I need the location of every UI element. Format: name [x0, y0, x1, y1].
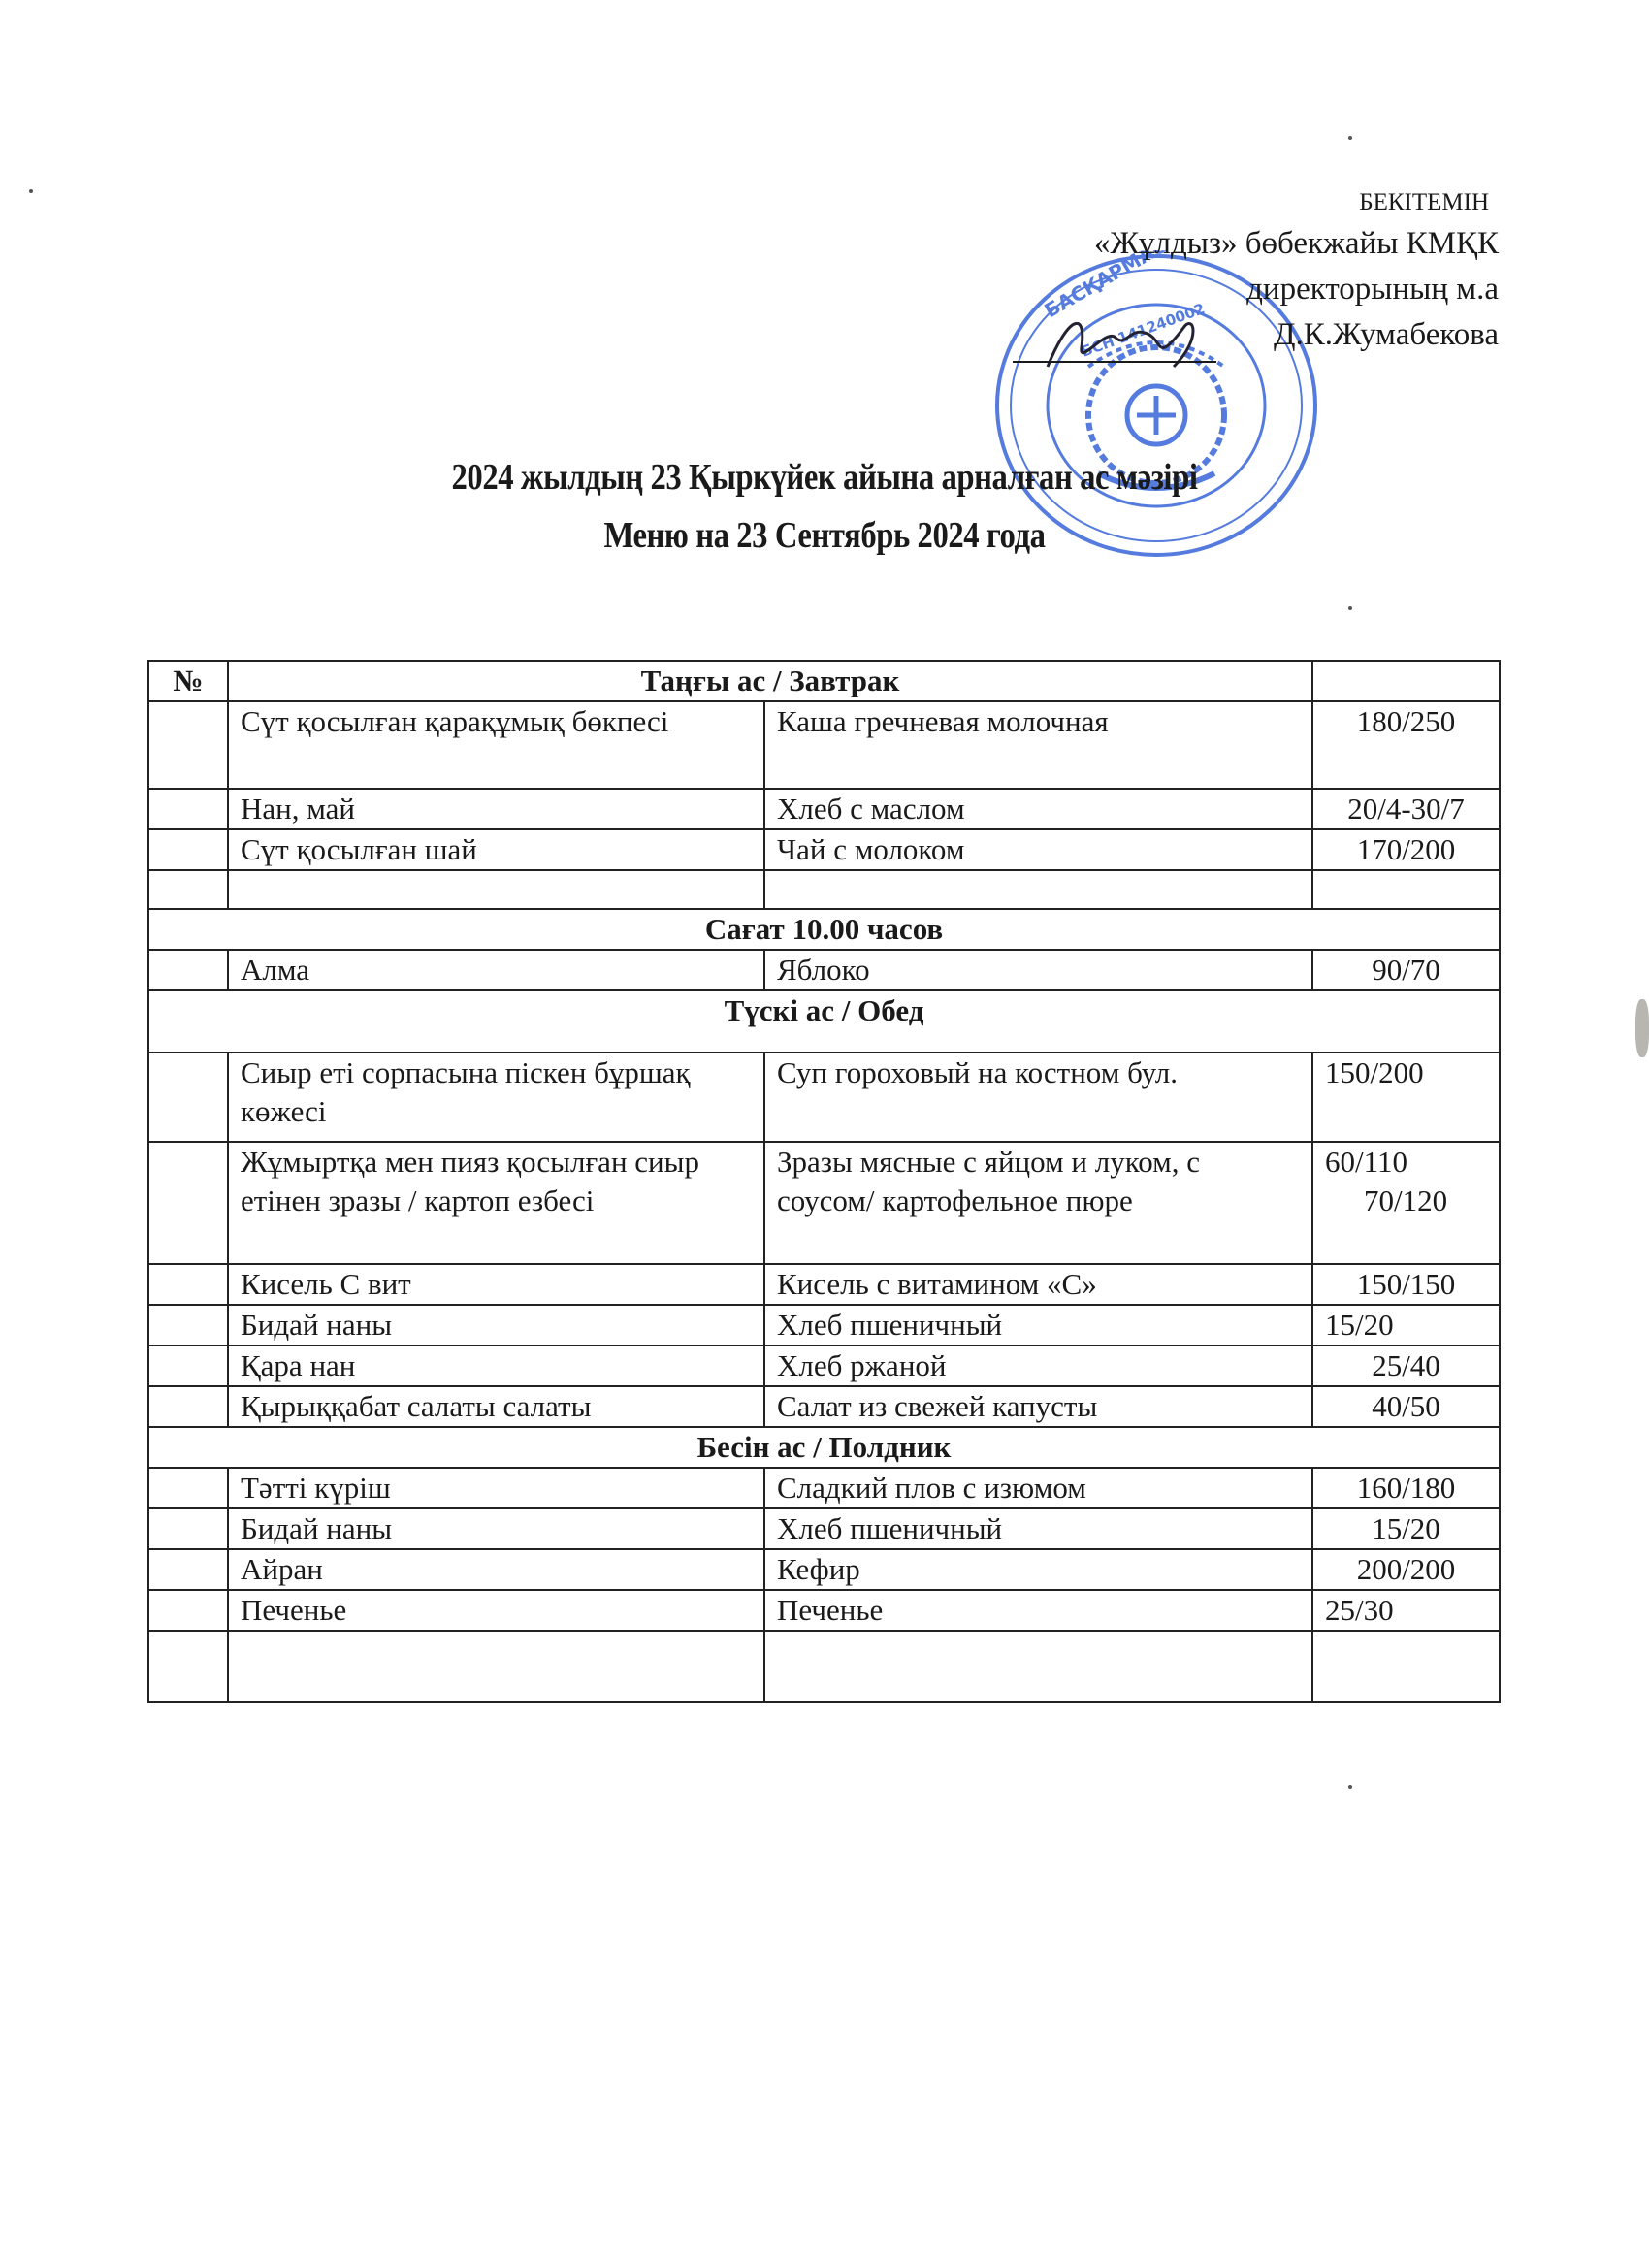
- dish-kz: Сиыр еті сорпасына піскен бұршақ көжесі: [228, 1053, 764, 1142]
- dish-kz: Жұмыртқа мен пияз қосылған сиыр етінен з…: [228, 1142, 764, 1264]
- dish-kz: Қара нан: [228, 1345, 764, 1386]
- dish-ru: Сладкий плов с изюмом: [764, 1468, 1312, 1508]
- section-header-snack: Сағат 10.00 часов: [148, 909, 1500, 950]
- dish-kz: Сүт қосылған шай: [228, 829, 764, 870]
- scan-speck: [1348, 136, 1352, 140]
- scan-speck: [1348, 1785, 1352, 1789]
- dish-kz: Кисель С вит: [228, 1264, 764, 1305]
- dish-qty: 40/50: [1312, 1386, 1500, 1427]
- approval-position: директорының м.а: [1094, 267, 1499, 312]
- dish-kz: Қырыққабат салаты салаты: [228, 1386, 764, 1427]
- signature-line: [1013, 361, 1216, 363]
- table-row: Айран Кефир 200/200: [148, 1549, 1500, 1590]
- dish-ru: Печенье: [764, 1590, 1312, 1631]
- approval-org: «Жұлдыз» бөбекжайы КМҚК: [1094, 221, 1499, 267]
- dish-qty: 170/200: [1312, 829, 1500, 870]
- table-row: Тәтті күріш Сладкий плов с изюмом 160/18…: [148, 1468, 1500, 1508]
- dish-qty: 60/110 70/120: [1312, 1142, 1500, 1264]
- table-row: Қырыққабат салаты салаты Салат из свежей…: [148, 1386, 1500, 1427]
- dish-qty: 15/20: [1312, 1305, 1500, 1345]
- dish-qty: 25/40: [1312, 1345, 1500, 1386]
- dish-qty: 180/250: [1312, 701, 1500, 789]
- num-column-header: №: [148, 661, 228, 701]
- section-header-breakfast: № Таңғы ас / Завтрак: [148, 661, 1500, 701]
- table-row: Сүт қосылған қарақұмық бөкпесі Каша греч…: [148, 701, 1500, 789]
- table-row: Бидай наны Хлеб пшеничный 15/20: [148, 1305, 1500, 1345]
- dish-kz: Бидай наны: [228, 1508, 764, 1549]
- dish-ru: Зразы мясные с яйцом и луком, с соусом/ …: [764, 1142, 1312, 1264]
- table-row: Жұмыртқа мен пияз қосылған сиыр етінен з…: [148, 1142, 1500, 1264]
- scan-smudge: [1635, 999, 1649, 1057]
- table-row: Алма Яблоко 90/70: [148, 950, 1500, 990]
- dish-ru: Салат из свежей капусты: [764, 1386, 1312, 1427]
- table-row-empty: [148, 1631, 1500, 1702]
- dish-ru: Суп гороховый на костном бул.: [764, 1053, 1312, 1142]
- dish-ru: Хлеб пшеничный: [764, 1508, 1312, 1549]
- dish-qty: 150/150: [1312, 1264, 1500, 1305]
- dish-kz: Айран: [228, 1549, 764, 1590]
- table-row: Сүт қосылған шай Чай с молоком 170/200: [148, 829, 1500, 870]
- dish-ru: Хлеб ржаной: [764, 1345, 1312, 1386]
- dish-qty: 200/200: [1312, 1549, 1500, 1590]
- dish-kz: Алма: [228, 950, 764, 990]
- section-title: Бесін ас / Полдник: [148, 1427, 1500, 1468]
- dish-ru: Хлеб с маслом: [764, 789, 1312, 829]
- section-header-afternoon-snack: Бесін ас / Полдник: [148, 1427, 1500, 1468]
- dish-ru: Яблоко: [764, 950, 1312, 990]
- table-row: Печенье Печенье 25/30: [148, 1590, 1500, 1631]
- section-header-lunch: Түскі ас / Обед: [148, 990, 1500, 1053]
- dish-qty: 160/180: [1312, 1468, 1500, 1508]
- dish-kz: Печенье: [228, 1590, 764, 1631]
- section-title: Сағат 10.00 часов: [148, 909, 1500, 950]
- dish-kz: Нан, май: [228, 789, 764, 829]
- scan-speck: [1348, 606, 1352, 610]
- menu-title-kz: 2024 жылдың 23 Қыркүйек айына арналған а…: [115, 456, 1534, 499]
- table-row: Сиыр еті сорпасына піскен бұршақ көжесі …: [148, 1053, 1500, 1142]
- dish-qty: 90/70: [1312, 950, 1500, 990]
- dish-ru: Чай с молоком: [764, 829, 1312, 870]
- dish-kz: Бидай наны: [228, 1305, 764, 1345]
- approval-heading: БЕКІТЕМІН: [1094, 184, 1489, 221]
- dish-qty-puree: 70/120: [1325, 1182, 1487, 1220]
- signature-icon: [1038, 308, 1222, 376]
- dish-ru: Кисель с витамином «С»: [764, 1264, 1312, 1305]
- table-row: Бидай наны Хлеб пшеничный 15/20: [148, 1508, 1500, 1549]
- dish-kz: Тәтті күріш: [228, 1468, 764, 1508]
- dish-qty: 20/4-30/7: [1312, 789, 1500, 829]
- table-row: Қара нан Хлеб ржаной 25/40: [148, 1345, 1500, 1386]
- dish-qty: 15/20: [1312, 1508, 1500, 1549]
- table-row: Нан, май Хлеб с маслом 20/4-30/7: [148, 789, 1500, 829]
- dish-qty-meat: 60/110: [1325, 1143, 1487, 1182]
- menu-title-ru: Меню на 23 Сентябрь 2024 года: [115, 514, 1534, 557]
- dish-ru: Каша гречневая молочная: [764, 701, 1312, 789]
- dish-kz: Сүт қосылған қарақұмық бөкпесі: [228, 701, 764, 789]
- table-row: Кисель С вит Кисель с витамином «С» 150/…: [148, 1264, 1500, 1305]
- dish-qty: 25/30: [1312, 1590, 1500, 1631]
- section-title: Түскі ас / Обед: [148, 990, 1500, 1053]
- section-title: Таңғы ас / Завтрак: [228, 661, 1312, 701]
- dish-ru: Хлеб пшеничный: [764, 1305, 1312, 1345]
- table-row-empty: [148, 870, 1500, 909]
- dish-ru: Кефир: [764, 1549, 1312, 1590]
- scan-speck: [29, 189, 33, 193]
- dish-qty: 150/200: [1312, 1053, 1500, 1142]
- menu-table: № Таңғы ас / Завтрак Сүт қосылған қарақұ…: [147, 660, 1501, 1703]
